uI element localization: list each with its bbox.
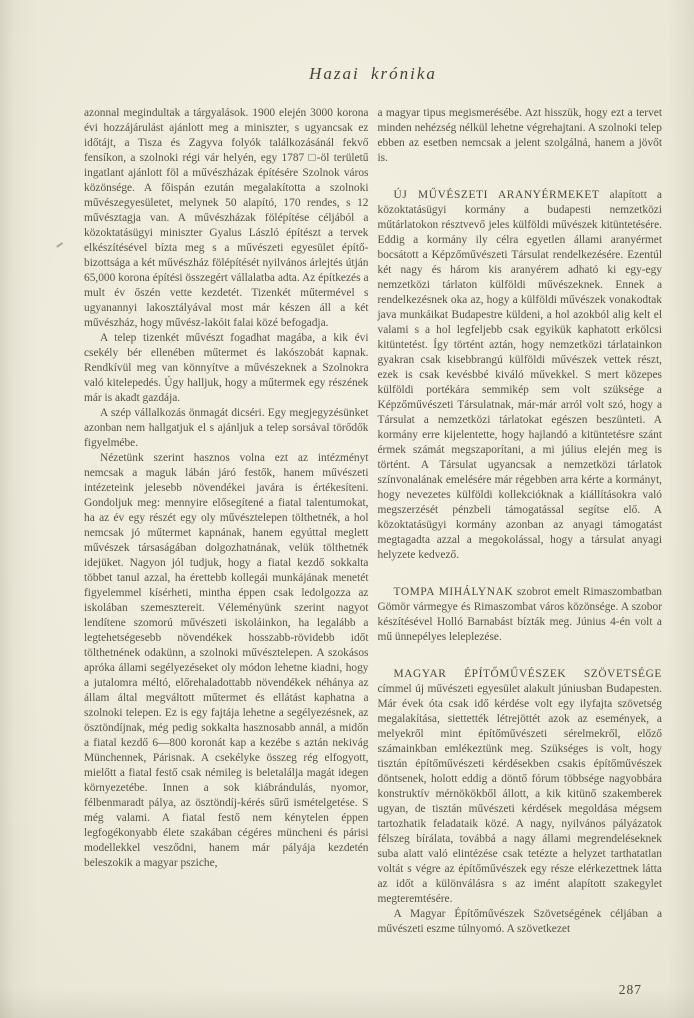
section-lead: TOMPA MIHÁLYNAK <box>394 586 514 598</box>
page-title: Hazai krónika <box>84 64 662 84</box>
section-lead: MAGYAR ÉPÍTŐMŰVÉSZEK SZÖVETSÉGE <box>394 668 663 680</box>
section-body: címmel új művészeti egyesület alakult jú… <box>378 683 663 905</box>
paragraph: A szép vállalkozás önmagát dicséri. Egy … <box>84 406 369 451</box>
scanned-journal-page: Hazai krónika azonnal megindultak a tárg… <box>0 0 694 1018</box>
left-column: azonnal megindultak a tárgyalások. 1900 … <box>84 106 369 937</box>
paragraph: azonnal megindultak a tárgyalások. 1900 … <box>84 106 369 331</box>
section-body: alapított a közoktatásügyi kormány a bud… <box>378 189 663 561</box>
section-lead: ÚJ MŰVÉSZETI ARANYÉRMEKET <box>394 189 600 201</box>
right-column: a magyar tipus megismerésébe. Azt hisszü… <box>378 106 663 937</box>
paragraph: A telep tizenkét művészt fogadhat magába… <box>84 331 369 406</box>
paragraph-new-gold-medals: ÚJ MŰVÉSZETI ARANYÉRMEKET alapított a kö… <box>378 188 663 563</box>
paragraph: A Magyar Építőművészek Szövetségének cél… <box>378 907 663 937</box>
page-number: 287 <box>619 982 642 998</box>
paragraph: Nézetünk szerint hasznos volna ezt az in… <box>84 451 369 871</box>
paragraph: a magyar tipus megismerésébe. Azt hisszü… <box>378 106 663 166</box>
paragraph-tompa-statue: TOMPA MIHÁLYNAK szobrot emelt Rimaszomba… <box>378 585 663 645</box>
paragraph-architects-association: MAGYAR ÉPÍTŐMŰVÉSZEK SZÖVETSÉGE címmel ú… <box>378 667 663 907</box>
text-columns: azonnal megindultak a tárgyalások. 1900 … <box>84 106 662 937</box>
margin-ink-mark <box>56 242 63 247</box>
